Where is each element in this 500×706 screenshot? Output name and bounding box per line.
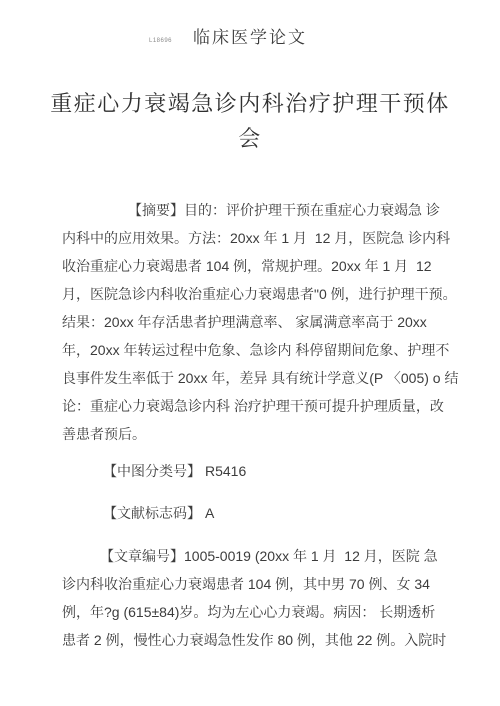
document-title: 重症心力衰竭急诊内科治疗护理干预体会 [46, 86, 454, 156]
clc-label: 【中图分类号】 [103, 463, 201, 479]
abstract-line: 内科中的应用效果。方法：20xx 年 1 月 12 月，医院急 诊内科 [62, 224, 444, 252]
clc-line: 【中图分类号】R5416 [62, 457, 444, 485]
abstract-line: 良事件发生率低于 20xx 年，差异 具有统计学意义(P 〈005) o 结 [62, 364, 444, 392]
document-code-label: 【文献标志码】 [103, 505, 201, 521]
abstract-line: 论：重症心力衰竭急诊内科 治疗护理干预可提升护理质量，改 [62, 392, 444, 420]
document-code-value: A [205, 505, 214, 521]
clc-value: R5416 [205, 463, 246, 479]
document-page: L18696 临床医学论文 重症心力衰竭急诊内科治疗护理干预体会 【摘要】目的：… [0, 0, 500, 706]
abstract-line: 善患者预后。 [62, 420, 444, 448]
document-code-line: 【文献标志码】A [62, 499, 444, 527]
article-line: 诊内科收治重症心力衰竭患者 104 例，其中男 70 例、女 34 [62, 570, 444, 598]
abstract-line: 年，20xx 年转运过程中危象、急诊内 科停留期间危象、护理不 [62, 336, 444, 364]
article-number-paragraph: 【文章编号】1005-0019 (20xx 年 1 月 12 月，医院 急诊内科… [62, 542, 444, 654]
abstract-line: 结果：20xx 年存活患者护理满意率、 家属满意率高于 20xx [62, 308, 444, 336]
abstract-line: 月，医院急诊内科收治重症心力衰竭患者"0 例，进行护理干预。 [62, 280, 444, 308]
document-body: 【摘要】目的：评价护理干预在重症心力衰竭急 诊内科中的应用效果。方法：20xx … [62, 196, 444, 654]
abstract-line: 【摘要】目的：评价护理干预在重症心力衰竭急 诊 [62, 196, 444, 224]
abstract-line: 收治重症心力衰竭患者 104 例，常规护理。20xx 年 1 月 12 [62, 252, 444, 280]
document-category: 临床医学论文 [0, 0, 500, 50]
abstract-paragraph: 【摘要】目的：评价护理干预在重症心力衰竭急 诊内科中的应用效果。方法：20xx … [62, 196, 444, 448]
article-line: 【文章编号】1005-0019 (20xx 年 1 月 12 月，医院 急 [62, 542, 444, 570]
document-id-watermark: L18696 [149, 38, 172, 44]
article-line: 患者 2 例，慢性心力衰竭急性发作 80 例，其他 22 例。入院时 [62, 626, 444, 654]
article-line: 例，年?g (615±84)岁。均为左心心力衰竭。病因： 长期透析 [62, 598, 444, 626]
